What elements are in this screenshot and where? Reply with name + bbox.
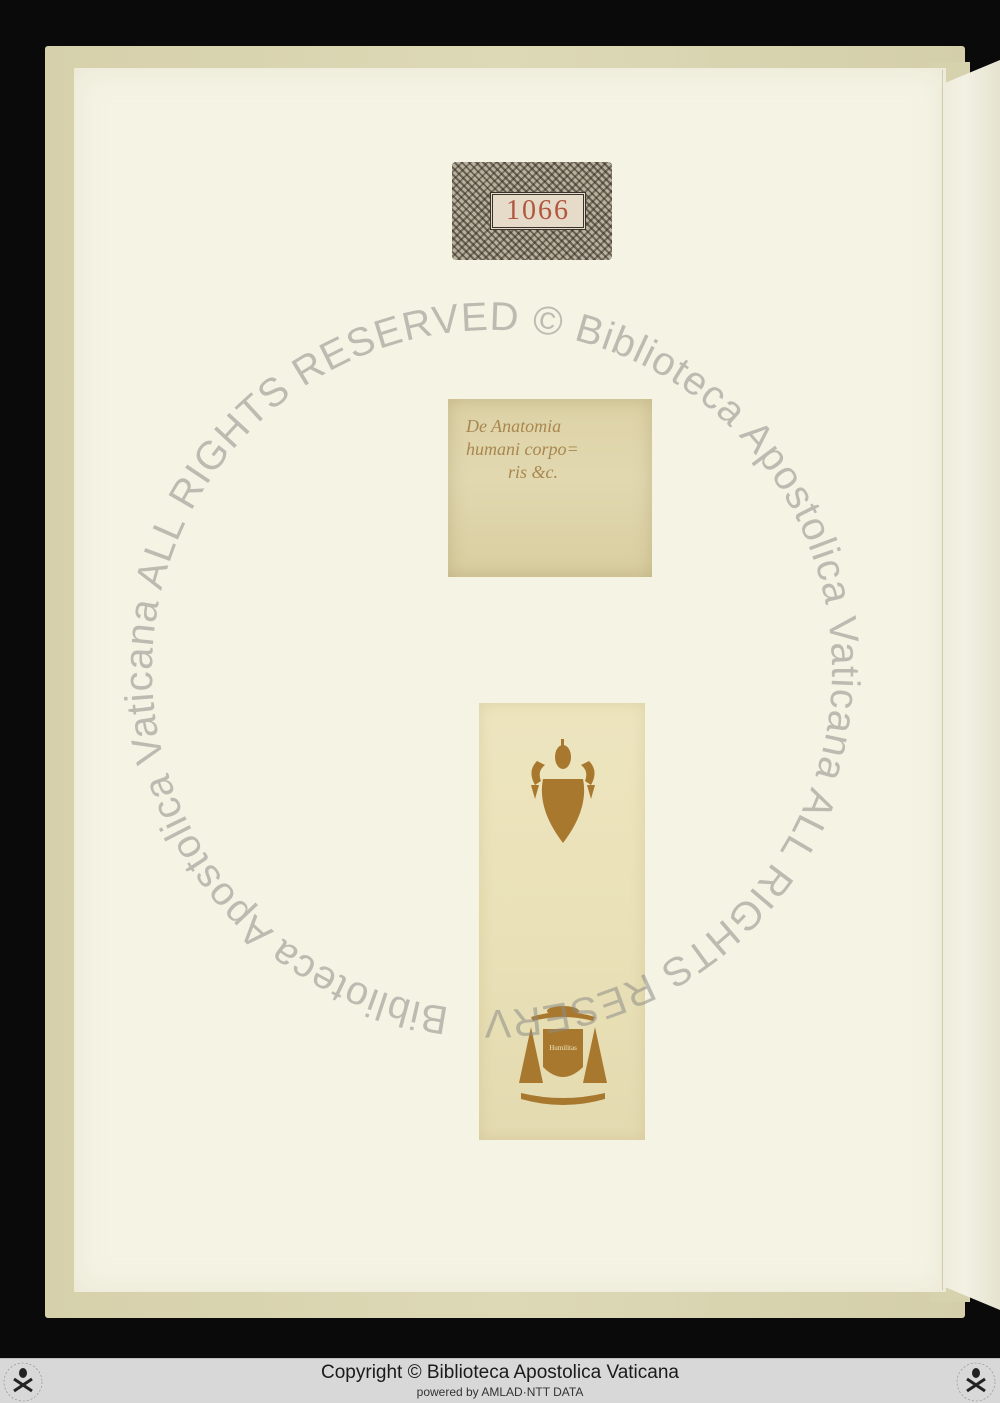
vatican-library-seal-icon xyxy=(955,1361,997,1403)
papal-arms-icon xyxy=(523,739,603,859)
cardinal-arms-icon xyxy=(515,1003,611,1113)
cardinal-arms: Humilitas xyxy=(515,1003,611,1113)
title-label: De Anatomia humani corpo= ris &c. xyxy=(448,399,652,577)
bookplate-motto: Humilitas xyxy=(545,1044,581,1052)
footer-bar: Copyright © Biblioteca Apostolica Vatica… xyxy=(0,1358,1000,1403)
footer-copyright: Copyright © Biblioteca Apostolica Vatica… xyxy=(0,1362,1000,1384)
facing-flyleaf xyxy=(940,60,1000,1310)
title-line-3: ris &c. xyxy=(466,461,652,484)
title-line-1: De Anatomia xyxy=(466,415,652,438)
shelfmark-cartouche: 1066 xyxy=(490,192,586,230)
shelfmark-label: 1066 xyxy=(452,162,612,260)
shelfmark-number: 1066 xyxy=(506,195,570,227)
manuscript-scan: 1066 De Anatomia humani corpo= ris &c. xyxy=(0,0,1000,1358)
title-line-2: humani corpo= xyxy=(466,438,652,461)
bookplate-strip: Humilitas xyxy=(479,703,645,1140)
footer-powered-by: powered by AMLAD·NTT DATA xyxy=(0,1385,1000,1399)
title-text: De Anatomia humani corpo= ris &c. xyxy=(466,415,652,484)
fold-line xyxy=(942,70,943,1290)
